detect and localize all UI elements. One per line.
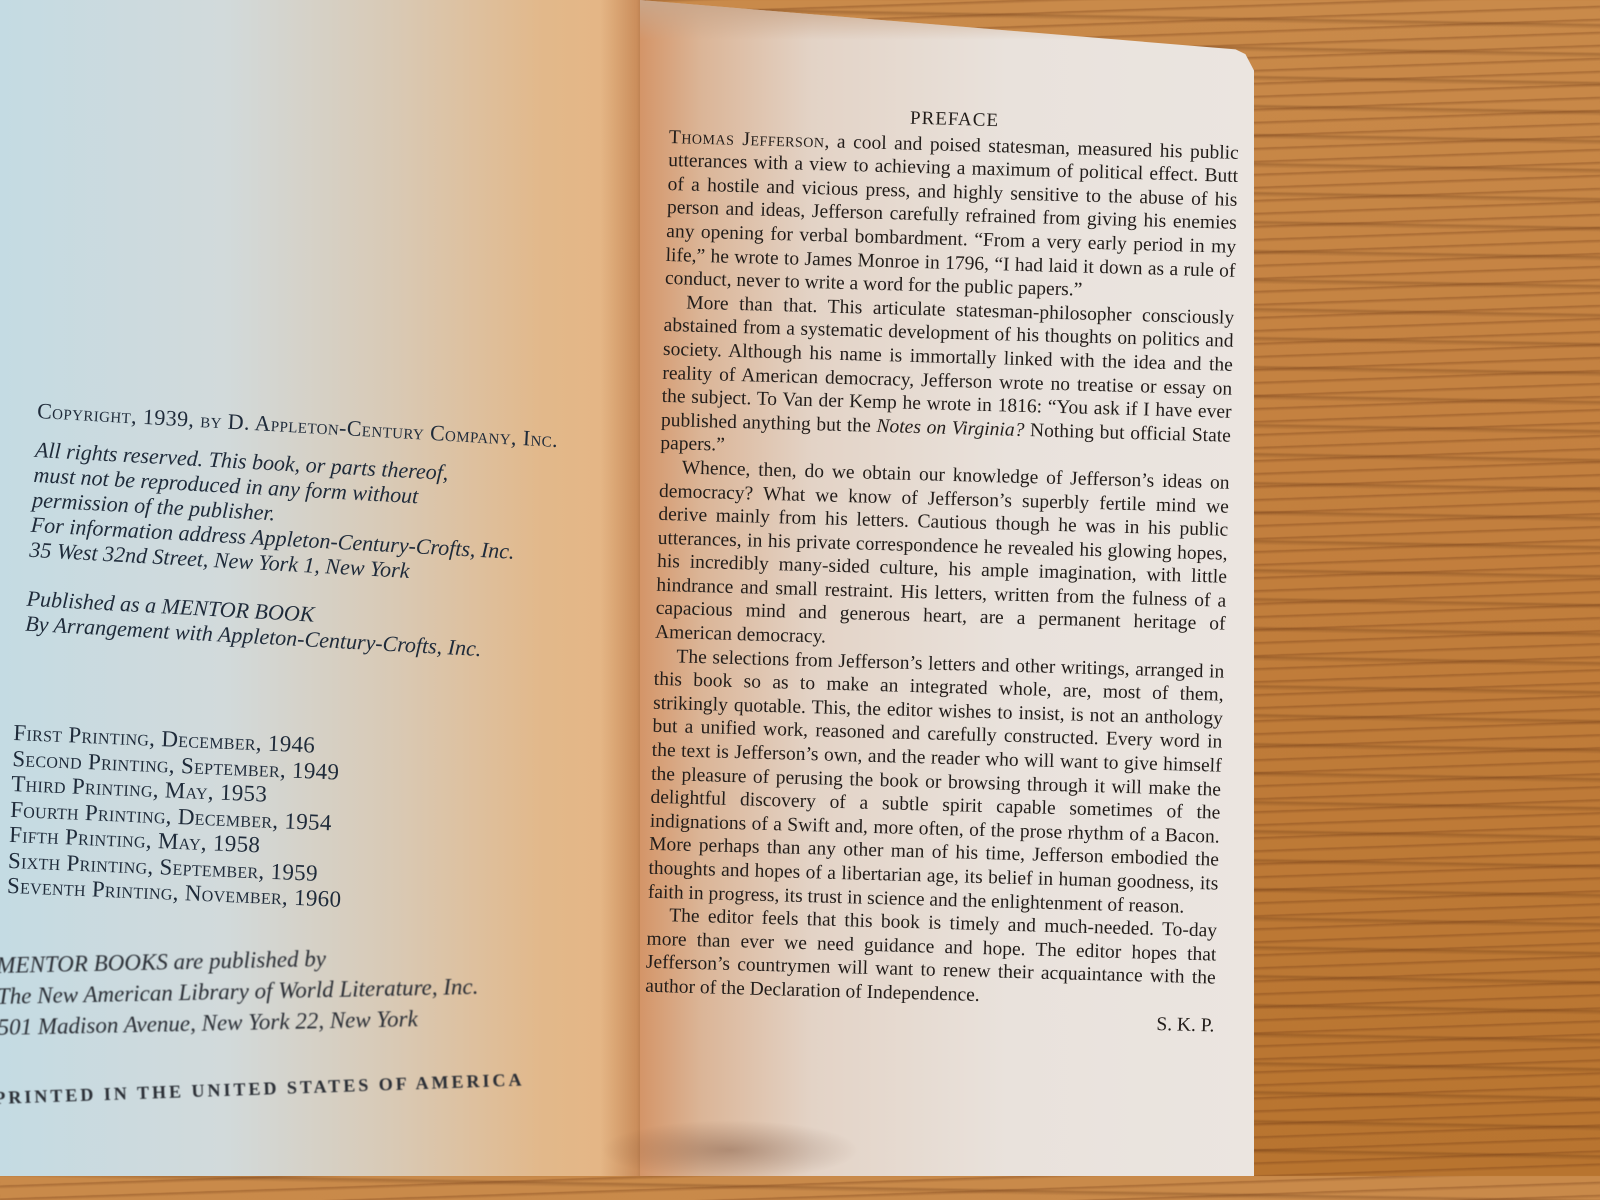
signature: S. K. P. [1156, 1013, 1215, 1038]
printing-history: First Printing, December, 1946 Second Pr… [7, 720, 349, 912]
lead-name: Thomas Jefferson [669, 127, 825, 152]
page-shadow [600, 1120, 860, 1176]
book-title: Notes on Virginia? [876, 416, 1024, 441]
preface-paragraph: Whence, then, do we obtain our knowledge… [655, 456, 1230, 661]
publisher-info: MENTOR BOOKS are published by The New Am… [0, 940, 479, 1043]
preface-paragraph: More than that. This articulate statesma… [660, 291, 1234, 472]
preface-paragraph: The selections from Jefferson’s letters … [648, 644, 1225, 919]
preface: PREFACE Thomas Jefferson, a cool and poi… [644, 100, 1240, 1038]
preface-paragraph: Thomas Jefferson, a cool and poised stat… [665, 126, 1239, 307]
preface-paragraph: The editor feels that this book is timel… [645, 904, 1217, 1014]
copyright-notice: Copyright, 1939, by D. Appleton-Century … [25, 398, 637, 669]
